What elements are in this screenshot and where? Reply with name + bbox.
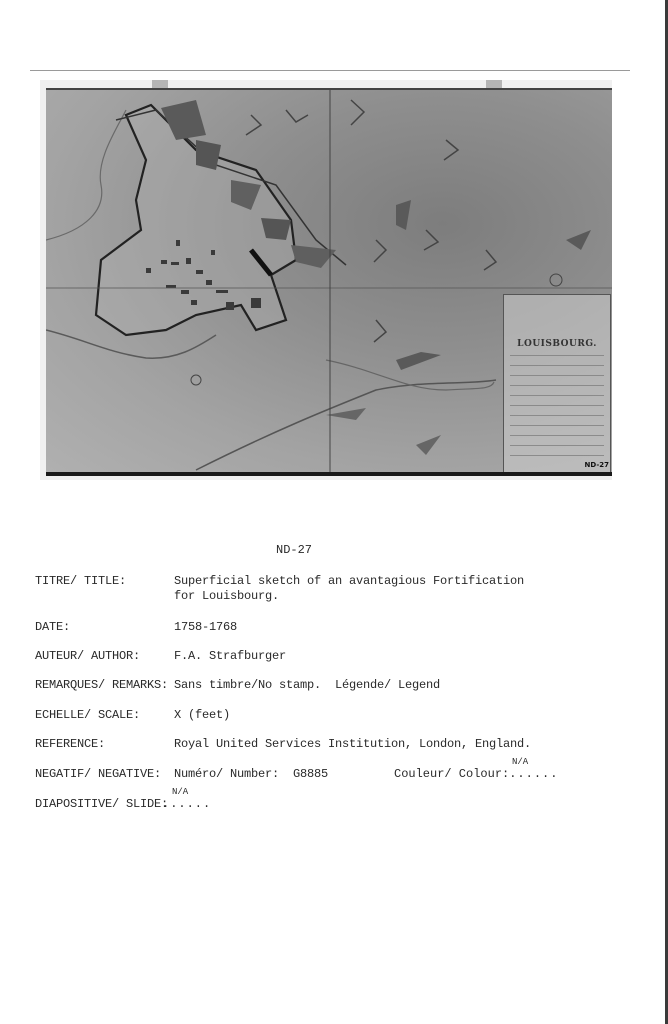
colour-annotation: N/A (512, 757, 528, 767)
document-id: ND-27 (276, 543, 312, 557)
author-label: AUTEUR/ AUTHOR: (35, 649, 140, 663)
date-value: 1758-1768 (174, 620, 237, 634)
title-label: TITRE/ TITLE: (35, 574, 126, 588)
colour-dots: ...... (509, 767, 558, 781)
author-value: F.A. Strafburger (174, 649, 286, 663)
reference-label: REFERENCE: (35, 737, 105, 751)
map-fold (329, 90, 331, 472)
slide-dots: ...... (162, 797, 211, 811)
slide-field: ...... N/A (162, 797, 211, 811)
reference-value: Royal United Services Institution, Londo… (174, 737, 531, 751)
remarks-value: Sans timbre/No stamp. Légende/ Legend (174, 678, 440, 692)
scale-label: ECHELLE/ SCALE: (35, 708, 140, 722)
slide-annotation: N/A (172, 787, 188, 797)
colour-field: Couleur/ Colour:...... N/A (394, 767, 558, 781)
scale-value: X (feet) (174, 708, 230, 722)
negative-label: NEGATIF/ NEGATIVE: (35, 767, 161, 781)
date-label: DATE: (35, 620, 70, 634)
cartouche-legend-lines (510, 355, 604, 465)
map-photograph: LOUISBOURG. ND-27 (46, 88, 612, 476)
plate-number: ND-27 (585, 461, 609, 469)
cartouche-title: LOUISBOURG. (504, 339, 610, 349)
title-value: Superficial sketch of an avantagious For… (174, 574, 524, 604)
colour-label: Couleur/ Colour: (394, 767, 509, 781)
slide-label: DIAPOSITIVE/ SLIDE: (35, 797, 168, 811)
top-rule (30, 70, 630, 71)
negative-number: Numéro/ Number: G8885 (174, 767, 328, 781)
map-cartouche: LOUISBOURG. (503, 294, 611, 476)
remarks-label: REMARQUES/ REMARKS: (35, 678, 168, 692)
